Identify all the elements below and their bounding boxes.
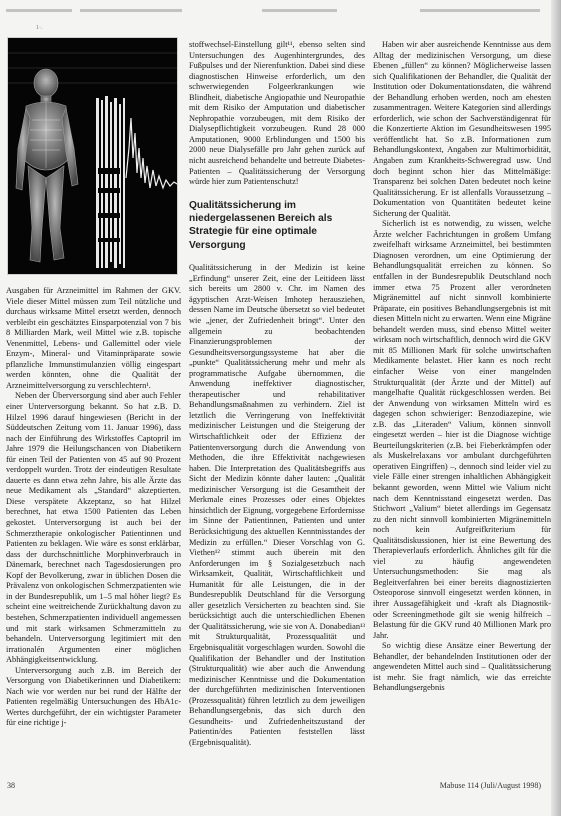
header-rule-mid bbox=[262, 9, 337, 12]
paragraph: So wichtig diese Ansätze einer Bewertung… bbox=[373, 641, 551, 694]
header-rule-left bbox=[6, 9, 72, 12]
article-column-3: Haben wir aber ausreichende Kenntnisse a… bbox=[373, 40, 551, 694]
paragraph: Neben der Überversorgung sind aber auch … bbox=[6, 391, 181, 665]
issue-line: Mabuse 114 (Juli/August 1998) bbox=[440, 781, 541, 790]
paragraph: stoffwechsel-Einstellung gilt¹¹, ebenso … bbox=[189, 40, 365, 188]
section-heading: Qualitätssicherung im niedergelassenen B… bbox=[189, 199, 365, 253]
paragraph: Qualitätssicherung in der Medizin ist ke… bbox=[189, 263, 365, 748]
page-number: 38 bbox=[7, 781, 15, 790]
article-column-1: Ausgaben für Arzneimittel im Rahmen der … bbox=[6, 286, 181, 729]
article-figure bbox=[7, 37, 178, 275]
paragraph: Ausgaben für Arzneimittel im Rahmen der … bbox=[6, 286, 181, 391]
paragraph: Haben wir aber ausreichende Kenntnisse a… bbox=[373, 40, 551, 219]
page-edge-shadow bbox=[551, 0, 561, 816]
paragraph: Sicherlich ist es notwendig, zu wissen, … bbox=[373, 219, 551, 641]
figure-mark: 1·. bbox=[36, 25, 43, 31]
article-column-2: stoffwechsel-Einstellung gilt¹¹, ebenso … bbox=[189, 40, 365, 748]
header-rule-right bbox=[80, 9, 182, 12]
xray-body-image bbox=[8, 38, 177, 274]
header-rule-col3 bbox=[420, 9, 540, 12]
paragraph: Unterversorgung auch z.B. im Bereich der… bbox=[6, 666, 181, 729]
